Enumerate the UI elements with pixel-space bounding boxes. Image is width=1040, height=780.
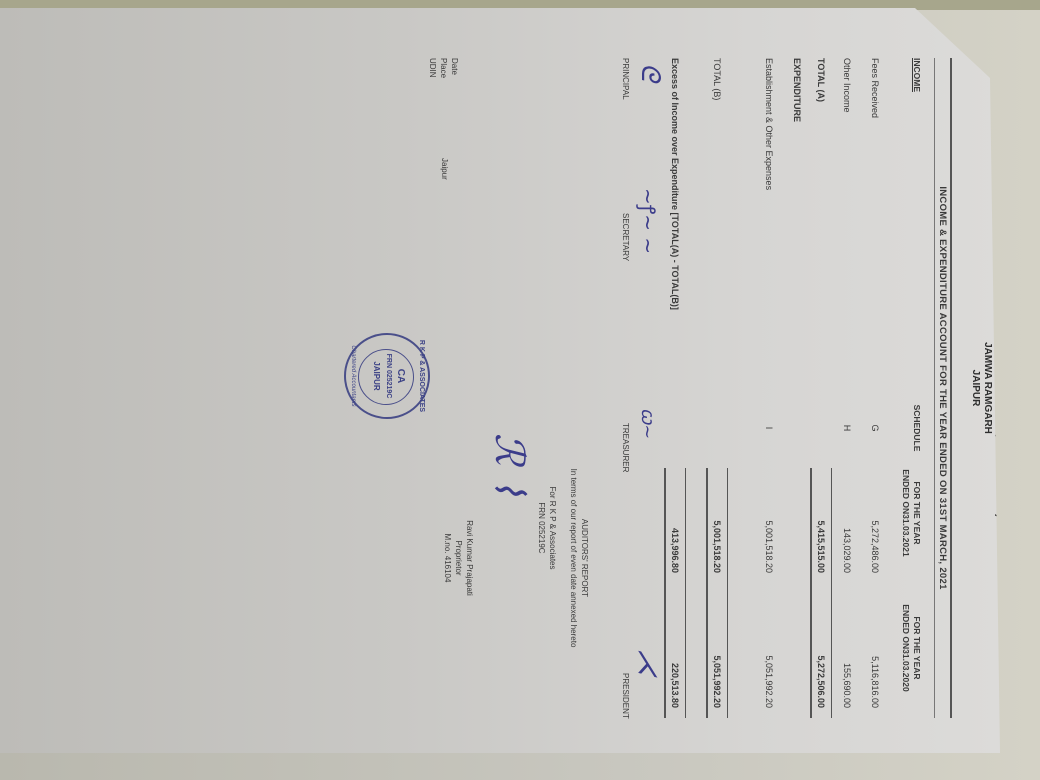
auditor-signature: ℛ ⌇ bbox=[486, 433, 532, 497]
auditor-signatory: Ravi Kumar Prajapati Proprietor M.no. 41… bbox=[442, 478, 475, 638]
row-schedule: I bbox=[764, 403, 774, 453]
total-b-previous: 5,051,992.20 bbox=[712, 588, 722, 708]
row-previous: 155,690.00 bbox=[842, 588, 852, 708]
secretary-signature: ~ꝭ~ ~ bbox=[635, 188, 662, 254]
auditor-frn: FRN 025219C bbox=[536, 428, 547, 628]
president-signature: ⋌ bbox=[632, 648, 665, 676]
date-label: Date bbox=[449, 58, 460, 78]
row-label: Establishment & Other Expenses bbox=[764, 58, 774, 190]
total-b-row: TOTAL (B) 5,001,518.20 5,051,992.20 bbox=[708, 58, 722, 718]
president-label: PRESIDENT bbox=[621, 673, 630, 719]
total-a-current: 5,415,515.00 bbox=[816, 453, 826, 573]
place-label: Place bbox=[438, 58, 449, 78]
org-place: JAMWA RAMGARH bbox=[981, 38, 993, 738]
current-year-header: FOR THE YEAR ENDED ON31.03.2021 bbox=[900, 453, 922, 573]
footer-labels: Date Place UDIN bbox=[427, 58, 460, 78]
excess-previous: 220,513.80 bbox=[670, 588, 680, 708]
total-a-previous: 5,272,506.00 bbox=[816, 588, 826, 708]
row-previous: 5,051,992.20 bbox=[764, 588, 774, 708]
stamp-ca-logo: CA bbox=[395, 335, 406, 417]
treasurer-signature: ꞷ~ bbox=[636, 408, 660, 439]
total-a-label: TOTAL (A) bbox=[816, 58, 826, 102]
row-current: 5,001,518.20 bbox=[764, 453, 774, 573]
auditor-role: Proprietor bbox=[453, 478, 464, 638]
statement-title: INCOME & EXPENDITURE ACCOUNT FOR THE YEA… bbox=[934, 58, 952, 718]
udin-label: UDIN bbox=[427, 58, 438, 78]
principal-label: PRINCIPAL bbox=[621, 58, 630, 100]
row-previous: 5,116,816.00 bbox=[870, 588, 880, 708]
place-value: Jaipur bbox=[440, 158, 449, 180]
expenditure-heading-label: EXPENDITURE bbox=[792, 58, 802, 122]
previous-year-header-line2: ENDED ON31.03.2020 bbox=[900, 588, 911, 708]
divider bbox=[706, 468, 708, 718]
row-schedule: G bbox=[870, 403, 880, 453]
divider bbox=[810, 468, 812, 718]
auditor-line: In terms of our report of even date anne… bbox=[568, 428, 579, 688]
expenditure-heading: EXPENDITURE bbox=[788, 58, 802, 718]
table-row: Fees Received G 5,272,486.00 5,116,816.0… bbox=[866, 58, 880, 718]
treasurer-label: TREASURER bbox=[621, 423, 630, 472]
total-b-label: TOTAL (B) bbox=[712, 58, 722, 100]
excess-row: Excess of Income over Expenditure [TOTAL… bbox=[666, 58, 680, 718]
table-row: Establishment & Other Expenses I 5,001,5… bbox=[760, 58, 774, 718]
current-year-header-line1: FOR THE YEAR bbox=[911, 453, 922, 573]
divider bbox=[685, 468, 686, 718]
row-current: 5,272,486.00 bbox=[870, 453, 880, 573]
auditor-block: AUDITORS' REPORT In terms of our report … bbox=[568, 428, 590, 688]
total-b-current: 5,001,518.20 bbox=[712, 453, 722, 573]
paper-sheet: GANDI DEVI SHIKSHAN SANSTHAN (B.ED. COLL… bbox=[0, 8, 1000, 753]
secretary-label: SECRETARY bbox=[621, 213, 630, 261]
auditor-firm-block: For R K P & Associates FRN 025219C bbox=[536, 428, 558, 628]
principal-signature: ᘓ bbox=[634, 63, 665, 81]
organization-header: GANDI DEVI SHIKSHAN SANSTHAN (B.ED. COLL… bbox=[969, 38, 1005, 738]
current-year-header-line2: ENDED ON31.03.2021 bbox=[900, 453, 911, 573]
divider bbox=[831, 468, 832, 718]
row-schedule: H bbox=[842, 403, 852, 453]
divider bbox=[664, 468, 666, 718]
previous-year-header-line1: FOR THE YEAR bbox=[911, 588, 922, 708]
auditor-firm: For R K P & Associates bbox=[547, 428, 558, 628]
table-row: Other Income H 143,029.00 155,690.00 bbox=[838, 58, 852, 718]
divider bbox=[727, 468, 728, 718]
stamp-firm-name: R K P & ASSOCIATES bbox=[418, 335, 425, 417]
schedule-header: SCHEDULE bbox=[912, 403, 922, 453]
stamp-subtitle: Chartered Accountants bbox=[350, 335, 356, 417]
previous-year-header: FOR THE YEAR ENDED ON31.03.2020 bbox=[900, 588, 922, 708]
stamp-frn: FRN 025219C bbox=[385, 335, 392, 417]
excess-current: 413,996.80 bbox=[670, 453, 680, 573]
auditor-heading: AUDITORS' REPORT bbox=[579, 428, 590, 688]
row-label: Other Income bbox=[842, 58, 852, 113]
auditor-stamp: R K P & ASSOCIATES CA FRN 025219C JAIPUR… bbox=[344, 333, 430, 419]
row-label: Fees Received bbox=[870, 58, 880, 118]
total-a-row: TOTAL (A) 5,415,515.00 5,272,506.00 bbox=[812, 58, 826, 718]
income-heading: INCOME bbox=[912, 58, 922, 92]
org-name: GANDI DEVI SHIKSHAN SANSTHAN (B.ED. COLL… bbox=[993, 38, 1005, 738]
row-current: 143,029.00 bbox=[842, 453, 852, 573]
org-city: JAIPUR bbox=[969, 38, 981, 738]
stamp-city: JAIPUR bbox=[372, 335, 381, 417]
auditor-membership: M.no. 416104 bbox=[442, 478, 453, 638]
financial-statement: GANDI DEVI SHIKSHAN SANSTHAN (B.ED. COLL… bbox=[20, 38, 1020, 738]
excess-label: Excess of Income over Expenditure [TOTAL… bbox=[670, 58, 680, 310]
auditor-name: Ravi Kumar Prajapati bbox=[464, 478, 475, 638]
